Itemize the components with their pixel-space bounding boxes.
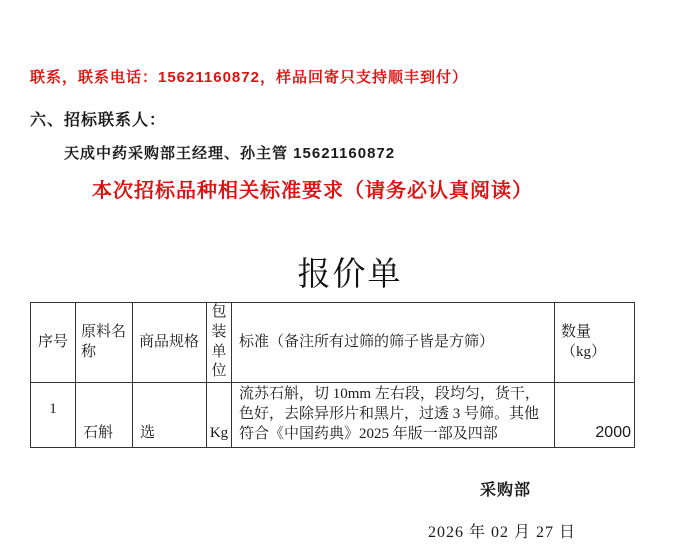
- page-title: 报价单: [0, 248, 700, 295]
- cell-quantity: 2000: [555, 383, 635, 447]
- standard-requirements-notice: 本次招标品种相关标准要求（请务必认真阅读）: [92, 174, 533, 203]
- cell-spec: 选: [133, 383, 207, 447]
- contact-phone-line: 联系，联系电话：15621160872，样品回寄只支持顺丰到付）: [30, 66, 468, 87]
- quotation-document-page: { "colors": { "accent_red": "#dd1111", "…: [0, 0, 700, 557]
- cell-material: 石斛: [76, 383, 133, 447]
- column-header-spec: 商品规格: [133, 303, 207, 383]
- column-header-unit: 包装单位: [207, 303, 232, 383]
- table-header-row: 序号 原料名称 商品规格 包装单位 标准（备注所有过筛的筛子皆是方筛） 数量 （…: [31, 303, 635, 383]
- column-header-quantity: 数量 （kg）: [555, 303, 635, 383]
- table-row: 1 石斛 选 Kg 流苏石斛，切 10mm 左右段，段均匀，货干，色好，去除异形…: [31, 383, 635, 447]
- tender-contact-section-heading: 六、招标联系人：: [30, 107, 166, 130]
- quotation-table: 序号 原料名称 商品规格 包装单位 标准（备注所有过筛的筛子皆是方筛） 数量 （…: [30, 302, 635, 448]
- column-header-standard: 标准（备注所有过筛的筛子皆是方筛）: [232, 303, 555, 383]
- cell-unit: Kg: [207, 383, 232, 447]
- cell-standard: 流苏石斛，切 10mm 左右段，段均匀，货干，色好，去除异形片和黑片，过透 3 …: [232, 383, 555, 447]
- document-date: 2026 年 02 月 27 日: [428, 519, 576, 542]
- tender-contact-detail: 天成中药采购部王经理、孙主管 15621160872: [64, 142, 395, 163]
- department-signature: 采购部: [480, 477, 531, 500]
- column-header-seq: 序号: [31, 303, 76, 383]
- column-header-material: 原料名称: [76, 303, 133, 383]
- cell-seq: 1: [31, 383, 76, 447]
